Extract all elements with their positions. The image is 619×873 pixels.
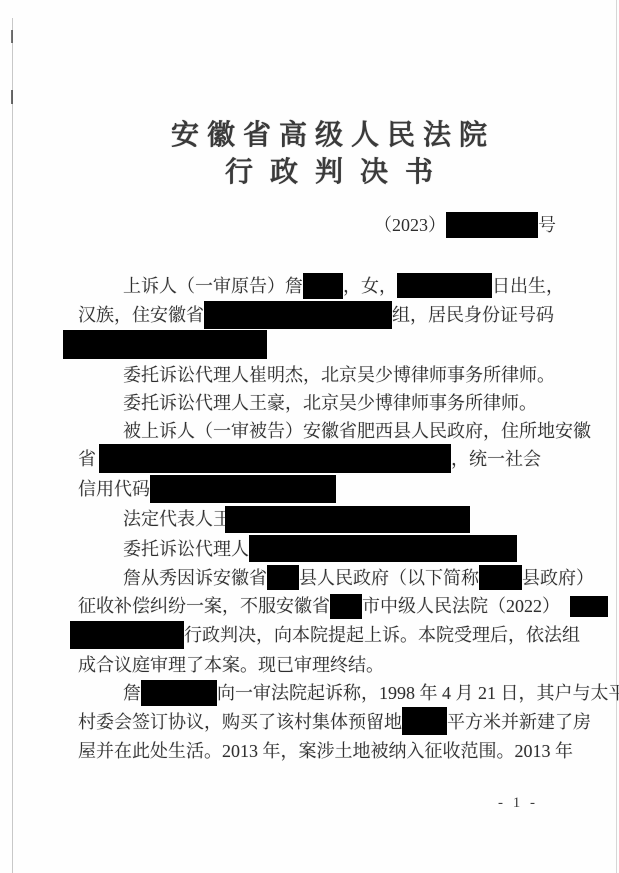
text-run: 法定代表人王 <box>123 509 231 529</box>
text-line: 詹向一审法院起诉称，1998 年 4 月 21 日，其户与太平 <box>78 679 580 708</box>
text-run: 汉族，住安徽省 <box>78 305 204 325</box>
text-run: 日出生， <box>492 276 564 296</box>
text-run: 平方米并新建了房 <box>447 712 591 732</box>
redaction-box <box>225 506 470 533</box>
redaction-box <box>402 707 447 735</box>
redaction-box <box>397 273 492 298</box>
text-run: 村委会签订协议，购买了该村集体预留地 <box>78 712 402 732</box>
text-run: 行政判决，向本院提起上诉。本院受理后，依法组 <box>184 625 580 645</box>
text-line: 汉族，住安徽省组，居民身份证号码 <box>78 301 580 331</box>
redaction-box <box>150 475 336 503</box>
text-line <box>78 331 580 361</box>
text-line: 屋并在此处生活。2013 年，案涉土地被纳入征收范围。2013 年 <box>78 737 580 765</box>
doc-type-title: 行政判决书 <box>78 156 580 190</box>
text-run: 省 <box>78 449 96 469</box>
text-run: 屋并在此处生活。2013 年，案涉土地被纳入征收范围。2013 年 <box>78 741 573 761</box>
redaction-box <box>63 330 267 359</box>
text-line: 村委会签订协议，购买了该村集体预留地平方米并新建了房 <box>78 708 580 738</box>
text-line: 上诉人（一审原告）詹，女，日出生， <box>78 272 580 301</box>
text-run: （2023） <box>374 215 446 235</box>
redaction-box <box>303 273 343 299</box>
text-run: 委托诉讼代理人 <box>123 539 249 559</box>
text-run: 县人民政府（以下简称 <box>299 568 479 588</box>
redaction-box <box>330 594 362 619</box>
text-run: 詹 <box>123 683 141 703</box>
text-line: 委托诉讼代理人崔明杰，北京吴少博律师事务所律师。 <box>78 361 580 389</box>
redaction-box <box>141 680 217 706</box>
text-run: 县政府） <box>522 568 594 588</box>
text-run: 向一审法院起诉称，1998 年 4 月 21 日，其户与太平 <box>217 683 619 703</box>
text-line: 委托诉讼代理人王豪，北京吴少博律师事务所律师。 <box>78 389 580 417</box>
text-run: 组，居民身份证号码 <box>392 305 554 325</box>
text-run: 号 <box>538 215 556 235</box>
case-number-line: （2023）号 <box>78 211 580 240</box>
text-run: 被上诉人（一审被告）安徽省肥西县人民政府，住所地安徽 <box>123 421 591 441</box>
text-line: 委托诉讼代理人 <box>78 535 580 564</box>
redaction-box <box>249 535 517 562</box>
redaction-box <box>267 565 299 590</box>
court-name-title: 安徽省高级人民法院 <box>78 118 580 154</box>
text-run: 委托诉讼代理人崔明杰，北京吴少博律师事务所律师。 <box>123 365 555 385</box>
redaction-box <box>479 565 522 590</box>
redaction-box <box>570 596 608 617</box>
text-line: 征收补偿纠纷一案，不服安徽省市中级人民法院（2022） <box>78 592 580 620</box>
text-run: 信用代码 <box>78 479 150 499</box>
document-body: 上诉人（一审原告）詹，女，日出生，汉族，住安徽省组，居民身份证号码委托诉讼代理人… <box>78 272 580 766</box>
text-run: 上诉人（一审原告）詹 <box>123 276 303 296</box>
text-line: 法定代表人王 <box>78 505 580 534</box>
text-line: 信用代码 <box>78 475 580 505</box>
text-run: ，统一社会 <box>451 449 541 469</box>
text-run: 征收补偿纠纷一案，不服安徽省 <box>78 596 330 616</box>
redaction-box <box>70 621 184 649</box>
redaction-box <box>446 212 538 238</box>
text-run: 委托诉讼代理人王豪，北京吴少博律师事务所律师。 <box>123 393 537 413</box>
redaction-box <box>99 444 451 473</box>
text-run: 成合议庭审理了本案。现已审理终结。 <box>78 655 384 675</box>
redaction-box <box>204 301 392 329</box>
text-line: 省，统一社会 <box>78 445 580 475</box>
text-line: 被上诉人（一审被告）安徽省肥西县人民政府，住所地安徽 <box>78 417 580 445</box>
text-run: 市中级人民法院（2022） <box>362 596 560 616</box>
document-content: 安徽省高级人民法院 行政判决书 （2023）号 上诉人（一审原告）詹，女，日出生… <box>0 0 619 873</box>
text-line: 詹从秀因诉安徽省县人民政府（以下简称县政府） <box>78 564 580 592</box>
text-line: 行政判决，向本院提起上诉。本院受理后，依法组 <box>78 621 580 651</box>
text-run: 詹从秀因诉安徽省 <box>123 568 267 588</box>
text-run: ，女， <box>343 276 397 296</box>
document-page: 安徽省高级人民法院 行政判决书 （2023）号 上诉人（一审原告）詹，女，日出生… <box>0 0 619 873</box>
text-line: 成合议庭审理了本案。现已审理终结。 <box>78 651 580 679</box>
page-number: - 1 - <box>78 795 580 812</box>
